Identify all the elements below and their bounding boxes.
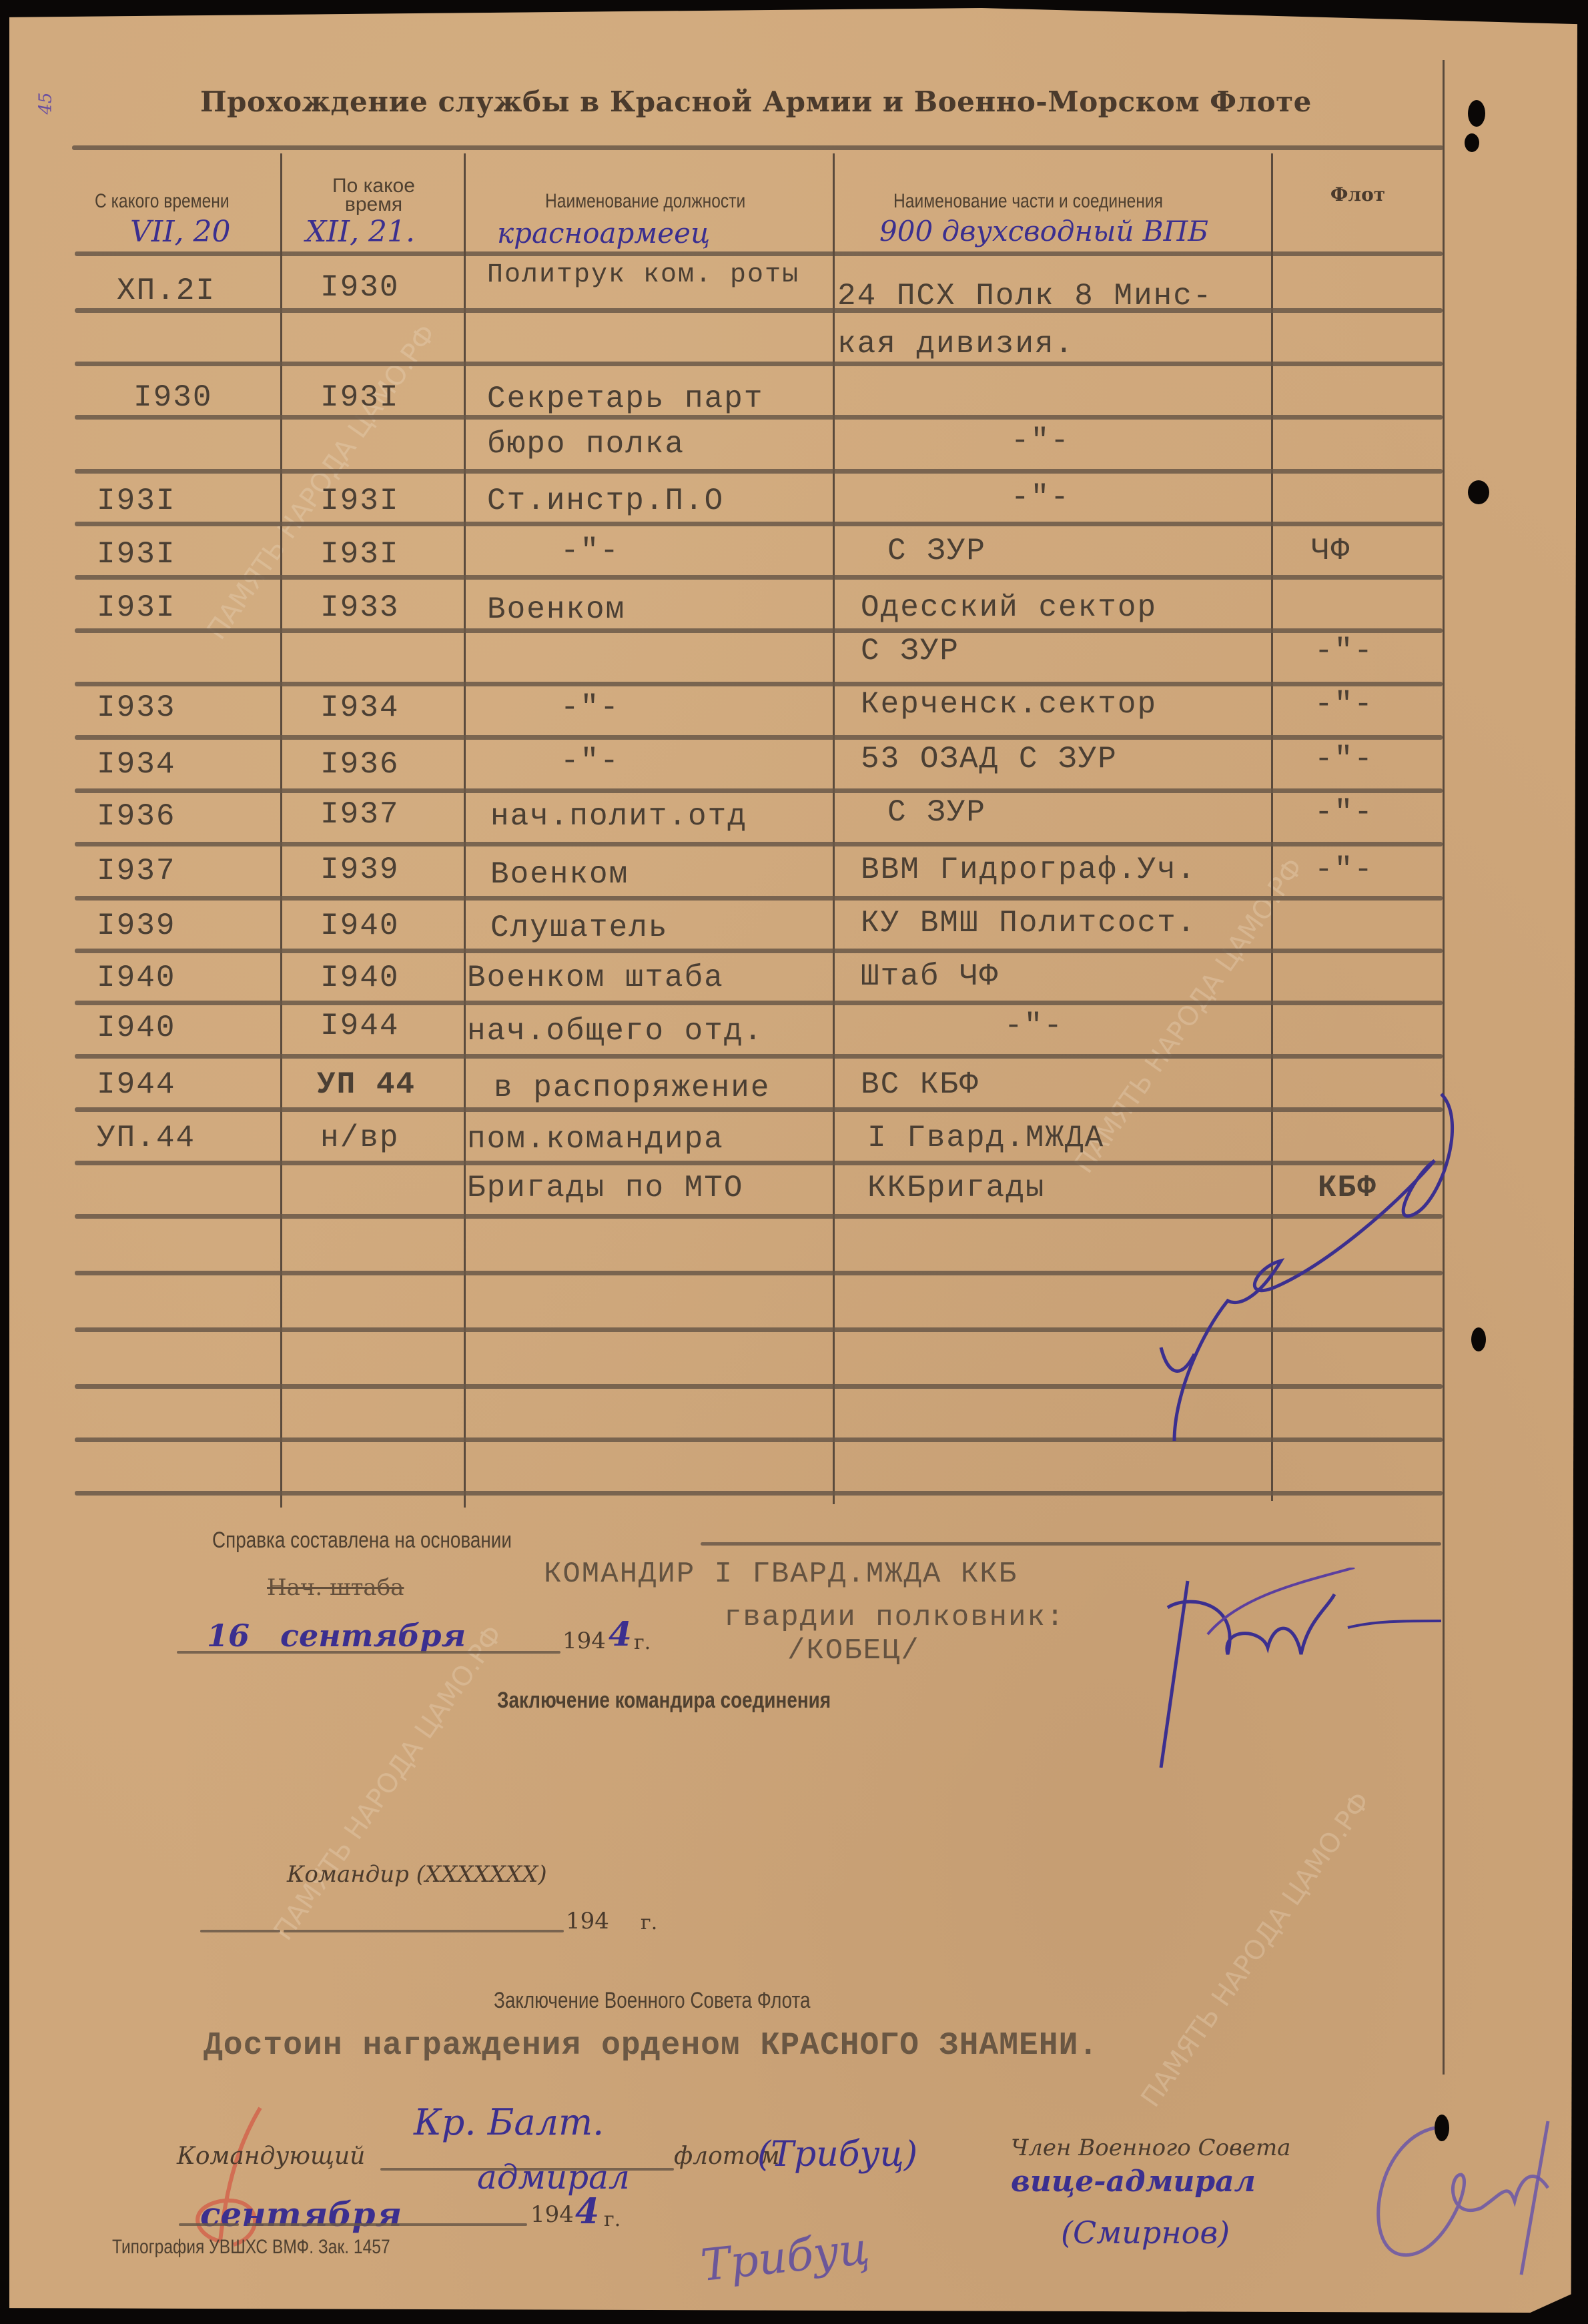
cell-to: I940 xyxy=(320,961,399,995)
commander-conclusion-heading: Заключение командира соединения xyxy=(497,1688,904,1714)
cell-position: нач.общего отд. xyxy=(467,1014,763,1049)
member-label: Член Военного Совета xyxy=(1011,2135,1290,2161)
cell-from: УП.44 xyxy=(97,1121,195,1155)
row-line xyxy=(75,735,1443,740)
col-divider xyxy=(833,153,835,1504)
council-date-g: г. xyxy=(604,2208,621,2231)
member-rank: вице-адмирал xyxy=(1011,2165,1256,2199)
cell-to: I940 xyxy=(320,909,399,943)
cell-from: ХП.2I xyxy=(117,273,216,308)
cell-fleet: -"- xyxy=(1314,634,1374,668)
basis-date-day: 16 xyxy=(207,1618,250,1654)
cell-to: I937 xyxy=(320,797,399,832)
council-date-year-suffix: 4 xyxy=(575,2191,599,2232)
cell-unit: -"- xyxy=(1004,1009,1064,1043)
row-line xyxy=(75,575,1443,580)
cell-to: I93I xyxy=(320,537,399,572)
cell-position: Слушатель xyxy=(490,911,668,945)
hand-position: красноармеец xyxy=(497,217,710,249)
cell-fleet: -"- xyxy=(1314,852,1374,887)
cell-from: I934 xyxy=(97,747,175,782)
cell-to: н/вр xyxy=(320,1121,399,1155)
basis-date-year: 194 xyxy=(562,1628,606,1654)
table-top-border xyxy=(72,145,1443,150)
cell-fleet: ЧФ xyxy=(1311,534,1350,568)
cell-unit: Штаб ЧФ xyxy=(861,959,999,994)
cell-from: I93I xyxy=(97,537,175,572)
basis-date-g: г. xyxy=(634,1631,651,1654)
printer-info: Типография УВШХС ВМФ. Зак. 1457 xyxy=(112,2236,451,2259)
commander-date-line xyxy=(200,1930,280,1932)
cell-from: I93I xyxy=(97,484,175,518)
header-position: Наименование должности xyxy=(507,190,827,213)
cell-position: Военком штаба xyxy=(467,961,724,995)
cell-unit: ККБригады xyxy=(867,1171,1045,1205)
cell-position: Ст.инстр.П.О xyxy=(487,484,724,518)
cell-position: Политрук ком. роты xyxy=(487,263,807,287)
cell-to: I930 xyxy=(320,270,399,305)
row-line xyxy=(75,308,1443,313)
row-line xyxy=(75,896,1443,901)
header-from: С какого времени xyxy=(75,190,278,213)
council-date-line xyxy=(247,2223,527,2226)
basis-line xyxy=(701,1542,1441,1546)
cell-to: I93I xyxy=(320,484,399,518)
punch-hole xyxy=(1465,133,1479,152)
cell-unit: ВВМ Гидрограф.Уч. xyxy=(861,852,1196,887)
cell-position: Бригады по МТО xyxy=(467,1171,743,1205)
cell-fleet: -"- xyxy=(1314,687,1374,722)
header-unit: Наименование части и соединения xyxy=(851,190,1264,213)
header-fleet: Флот xyxy=(1281,183,1435,206)
stamp-line2: гвардии полковник: xyxy=(724,1601,1065,1634)
basis-date-month: сентября xyxy=(280,1618,466,1654)
cell-unit: С ЗУР xyxy=(887,534,986,568)
commander-date-line xyxy=(284,1930,564,1932)
cell-position: -"- xyxy=(560,534,620,568)
punch-hole xyxy=(1468,100,1485,127)
cell-from: I940 xyxy=(97,1011,175,1045)
cell-unit: кая дивизия. xyxy=(837,327,1074,362)
cell-from: I939 xyxy=(97,909,175,943)
cell-position: -"- xyxy=(560,690,620,725)
cell-unit: -"- xyxy=(1011,480,1070,515)
council-date-line xyxy=(179,2223,239,2226)
cell-from: I933 xyxy=(97,690,175,725)
cell-unit: 53 ОЗАД С ЗУР xyxy=(861,742,1118,776)
basis-date-year-suffix: 4 xyxy=(609,1614,632,1654)
cell-position: в распоряжение xyxy=(494,1071,770,1105)
council-date-year: 194 xyxy=(530,2201,574,2228)
row-line xyxy=(75,949,1443,953)
date-line xyxy=(177,1651,560,1654)
cell-unit: Керченск.сектор xyxy=(861,687,1157,722)
council-verdict: Достоин награждения орденом КРАСНОГО ЗНА… xyxy=(204,2028,1098,2064)
cell-to: I936 xyxy=(320,747,399,782)
cell-unit: С ЗУР xyxy=(861,634,959,668)
cell-to: I93I xyxy=(320,380,399,415)
cell-from: I936 xyxy=(97,799,175,834)
cell-position: Секретарь парт xyxy=(487,382,763,416)
cell-position: Военком xyxy=(490,857,629,892)
stamp-line1: КОМАНДИР I ГВАРД.МЖДА ККБ xyxy=(544,1558,1018,1591)
cell-to: I934 xyxy=(320,690,399,725)
page-title: Прохождение службы в Красной Армии и Вое… xyxy=(200,85,1312,118)
row-line xyxy=(75,1001,1443,1005)
col-divider xyxy=(280,153,282,1508)
member-name: (Смирнов) xyxy=(1061,2215,1230,2251)
stamp-line3: /КОБЕЦ/ xyxy=(787,1634,920,1668)
cell-to: I944 xyxy=(320,1009,399,1043)
commander-hand-line2: адмирал xyxy=(477,2158,630,2197)
commander-hand-line1: Кр. Балт. xyxy=(414,2101,604,2143)
cell-position: -"- xyxy=(560,744,620,778)
commander-date-g: г. xyxy=(641,1911,657,1934)
cell-position: нач.полит.отд xyxy=(490,799,747,834)
cell-fleet: -"- xyxy=(1314,742,1374,776)
cell-to: УП 44 xyxy=(317,1067,416,1102)
row-line xyxy=(75,682,1443,686)
cell-unit: -"- xyxy=(1011,424,1070,458)
struck-title: Нач. штаба xyxy=(267,1574,404,1601)
basis-label: Справка составлена на основании xyxy=(212,1528,577,1554)
row-line xyxy=(75,1054,1443,1059)
commander-date-year: 194 xyxy=(566,1908,609,1934)
cell-from: I93I xyxy=(97,590,175,625)
commander-signer-label: Командир (XXXXXXX) xyxy=(287,1861,547,1888)
row-line xyxy=(75,842,1443,846)
hand-from: VII, 20 xyxy=(130,215,231,249)
cell-from: I944 xyxy=(97,1067,175,1102)
header-to: По какое время xyxy=(294,177,454,214)
row-line xyxy=(75,522,1443,526)
row-line xyxy=(75,1491,1443,1496)
cell-position: пом.командира xyxy=(467,1122,724,1157)
commander-label: Командующий xyxy=(177,2143,365,2170)
table-right-border xyxy=(1443,60,1445,2075)
hand-to: XII, 21. xyxy=(306,215,415,249)
cell-unit: С ЗУР xyxy=(887,795,986,830)
cell-to: I939 xyxy=(320,852,399,887)
cell-to: I933 xyxy=(320,590,399,625)
cell-fleet: -"- xyxy=(1314,795,1374,830)
cell-position: Военком xyxy=(487,592,625,627)
council-conclusion-heading: Заключение Военного Совета Флота xyxy=(494,1988,880,2014)
margin-mark: 45 xyxy=(36,92,56,114)
cell-from: I940 xyxy=(97,961,175,995)
signature-icon xyxy=(1041,1081,1508,1454)
row-line xyxy=(75,469,1443,474)
row-line xyxy=(75,628,1443,633)
signature-icon xyxy=(1348,2101,1575,2288)
cell-unit: ВС КБФ xyxy=(861,1067,979,1102)
cell-unit: Одесский сектор xyxy=(861,590,1157,625)
cell-unit: КУ ВМШ Политсост. xyxy=(861,906,1196,941)
cell-from: I937 xyxy=(97,854,175,889)
row-line xyxy=(75,362,1443,366)
cell-from: I930 xyxy=(133,380,212,415)
cell-unit: 24 ПСХ Полк 8 Минс- xyxy=(837,279,1213,314)
row-line xyxy=(75,788,1443,793)
council-date-month: сентября xyxy=(200,2195,402,2234)
col-divider xyxy=(464,153,466,1508)
hand-unit: 900 двухсводный ВПБ xyxy=(879,215,1208,247)
punch-hole xyxy=(1468,480,1489,504)
commander-name: (Трибуц) xyxy=(757,2135,917,2175)
signature-icon xyxy=(1108,1568,1455,1768)
cell-position: бюро полка xyxy=(487,427,685,462)
